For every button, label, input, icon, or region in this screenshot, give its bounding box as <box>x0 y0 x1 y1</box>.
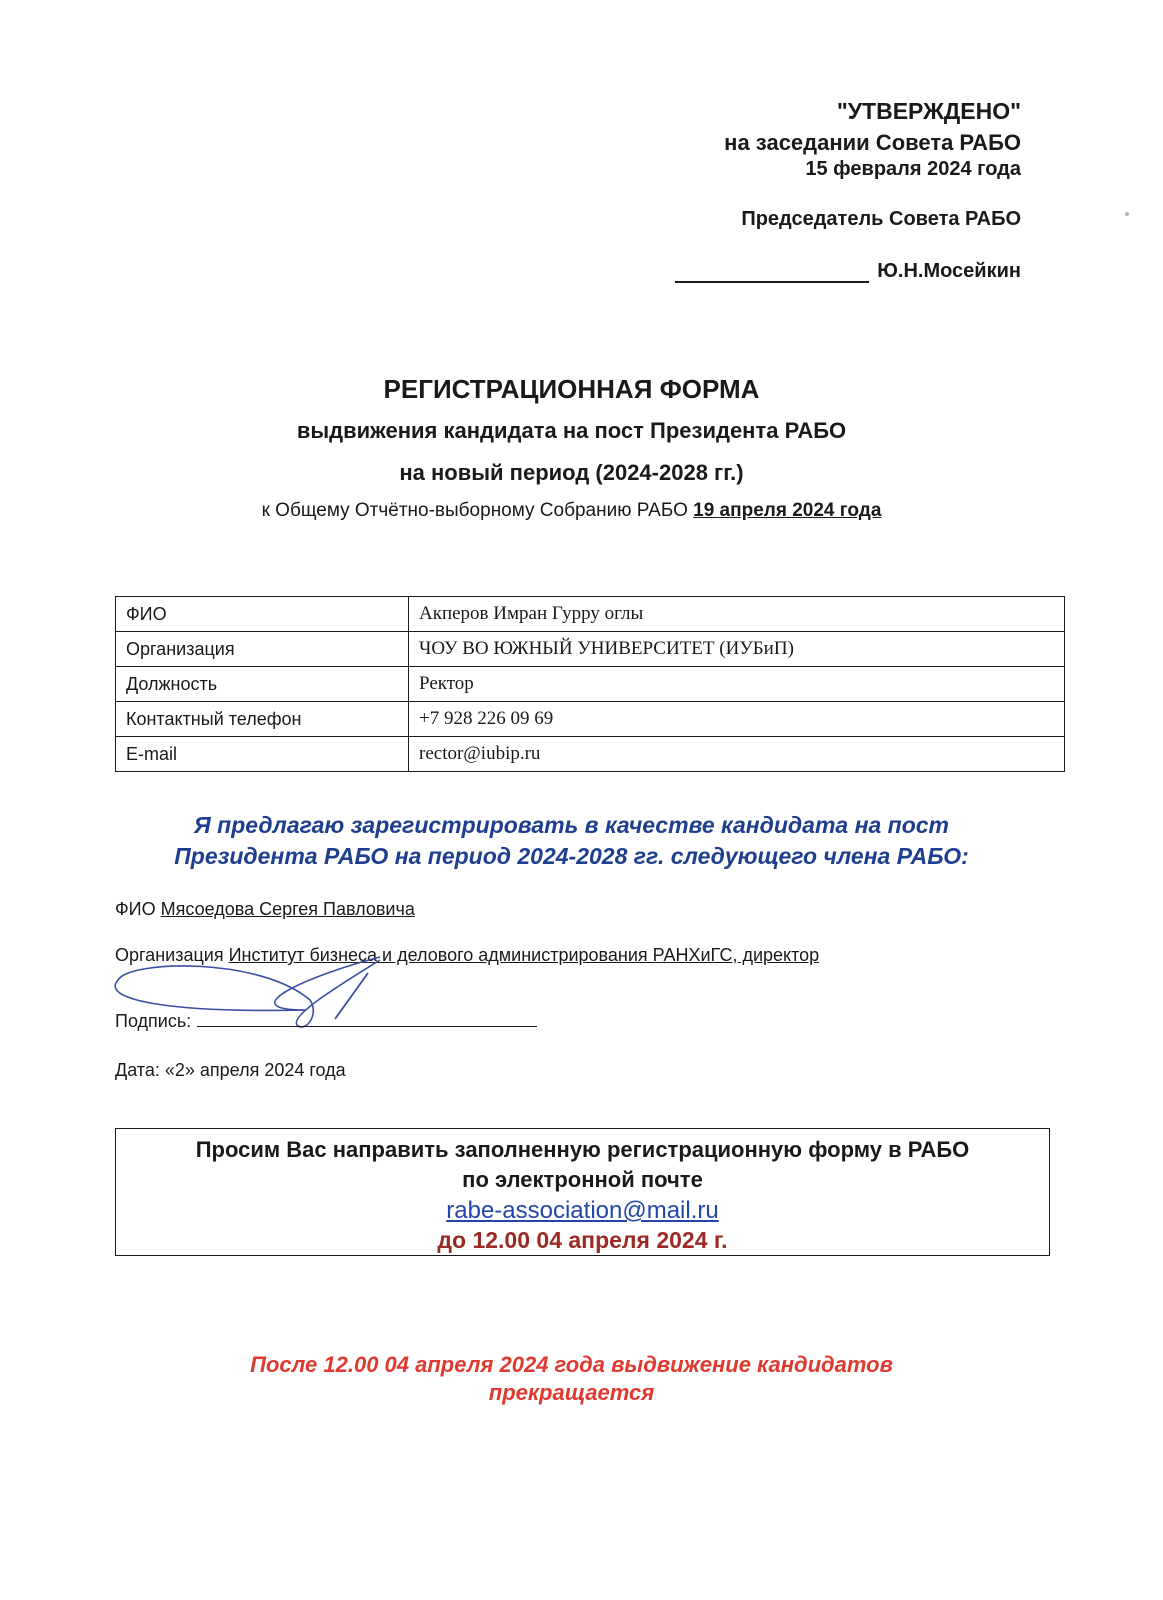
signature-label: Подпись: <box>115 1011 191 1031</box>
submission-email-link[interactable]: rabe-association@mail.ru <box>446 1197 718 1225</box>
row-label: Должность <box>116 667 409 702</box>
row-label: Организация <box>116 632 409 667</box>
table-row: ФИО Акперов Имран Гурру оглы <box>116 597 1065 632</box>
nominator-info-table: ФИО Акперов Имран Гурру оглы Организация… <box>115 596 1065 772</box>
signature-blank-line <box>197 1010 537 1027</box>
chairman-signature-line: Ю.Н.Мосейкин <box>675 260 1021 283</box>
row-value: Ректор <box>409 667 1065 702</box>
row-value: ЧОУ ВО ЮЖНЫЙ УНИВЕРСИТЕТ (ИУБиП) <box>409 632 1065 667</box>
proposal-statement-line-2: Президента РАБО на период 2024-2028 гг. … <box>0 843 1153 870</box>
row-label: ФИО <box>116 597 409 632</box>
table-row: Должность Ректор <box>116 667 1065 702</box>
row-label: Контактный телефон <box>116 702 409 737</box>
notice-line-1: Просим Вас направить заполненную регистр… <box>116 1137 1049 1163</box>
signing-date: Дата: «2» апреля 2024 года <box>115 1060 346 1081</box>
nominee-name-label: ФИО <box>115 899 161 919</box>
nominee-name-value: Мясоедова Сергея Павловича <box>161 899 415 919</box>
assembly-date: 19 апреля 2024 года <box>693 500 881 521</box>
row-value: rector@iubip.ru <box>409 737 1065 772</box>
submission-deadline: до 12.00 04 апреля 2024 г. <box>116 1227 1049 1254</box>
approval-meeting: на заседании Совета РАБО <box>724 130 1021 156</box>
table-row: Контактный телефон +7 928 226 09 69 <box>116 702 1065 737</box>
chairman-name: Ю.Н.Мосейкин <box>877 260 1021 283</box>
notice-line-2: по электронной почте <box>116 1167 1049 1193</box>
closing-notice-line-2: прекращается <box>0 1380 1153 1406</box>
chairman-title: Председатель Совета РАБО <box>741 208 1021 231</box>
form-title: РЕГИСТРАЦИОННАЯ ФОРМА <box>0 374 1153 405</box>
approval-date: 15 февраля 2024 года <box>805 158 1021 181</box>
form-subtitle: выдвижения кандидата на пост Президента … <box>0 418 1153 444</box>
scan-artifact <box>1125 212 1129 216</box>
table-row: Организация ЧОУ ВО ЮЖНЫЙ УНИВЕРСИТЕТ (ИУ… <box>116 632 1065 667</box>
proposal-statement-line-1: Я предлагаю зарегистрировать в качестве … <box>0 812 1153 839</box>
row-label: E-mail <box>116 737 409 772</box>
form-period: на новый период (2024-2028 гг.) <box>0 460 1153 486</box>
submission-notice-box: Просим Вас направить заполненную регистр… <box>115 1128 1050 1256</box>
signature-blank-line <box>675 261 869 283</box>
row-value: +7 928 226 09 69 <box>409 702 1065 737</box>
nominee-name-field: ФИО Мясоедова Сергея Павловича <box>115 899 415 920</box>
assembly-text: к Общему Отчётно-выборному Собранию РАБО <box>262 500 694 521</box>
row-value: Акперов Имран Гурру оглы <box>409 597 1065 632</box>
form-assembly-line: к Общему Отчётно-выборному Собранию РАБО… <box>0 500 1153 522</box>
signature-field: Подпись: <box>115 1010 537 1032</box>
table-row: E-mail rector@iubip.ru <box>116 737 1065 772</box>
closing-notice-line-1: После 12.00 04 апреля 2024 года выдвижен… <box>0 1352 1153 1378</box>
approval-stamp-title: "УТВЕРЖДЕНО" <box>837 98 1021 125</box>
